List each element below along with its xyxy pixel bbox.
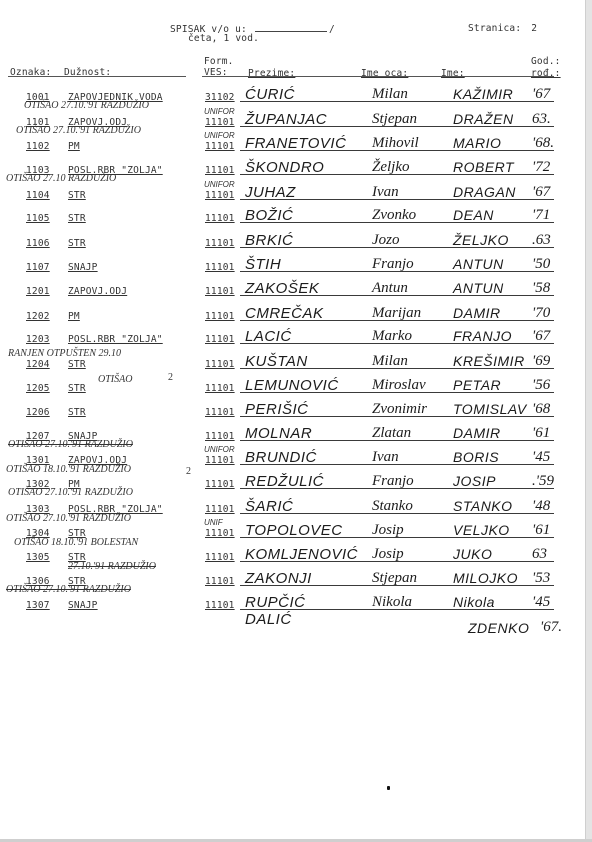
duty: PM (68, 141, 80, 152)
duty: PM (68, 311, 80, 322)
birth-year: '67. (540, 619, 562, 636)
row-line (240, 416, 554, 417)
row-line (240, 585, 554, 586)
given-name: DRAGAN (453, 184, 516, 200)
row-line (240, 174, 554, 175)
ves-code: 11101 (205, 455, 235, 466)
ves-code: 11101 (205, 262, 235, 273)
table-row: 1102PM11101FRANETOVIĆMihovilMARIO'68.UNI… (0, 141, 592, 155)
title-slash: / (329, 24, 335, 35)
annotation: OTIŠAO 27.10.'91 RAZDUŽIO (24, 100, 149, 111)
table-row: 1202PM11101CMREČAKMarijanDAMIR'70 (0, 311, 592, 325)
duty: STR (68, 238, 86, 249)
ink-speck (387, 786, 390, 790)
unit-code: 1203 (26, 334, 50, 345)
row-line (240, 199, 554, 200)
given-name: MARIO (453, 135, 501, 151)
row-line (240, 368, 554, 369)
unit-code: 1201 (26, 286, 50, 297)
col-father: Ime oca: (361, 68, 408, 79)
given-name: DAMIR (453, 425, 501, 441)
ves-code: 11101 (205, 334, 235, 345)
given-name: JOSIP (453, 473, 496, 489)
annotation-mark: 2 (186, 466, 191, 477)
given-name: ŽELJKO (453, 232, 509, 248)
surname: DALIĆ (245, 611, 292, 628)
unit-code: 1104 (26, 190, 50, 201)
unit-code: 1102 (26, 141, 50, 152)
given-name: KREŠIMIR (453, 353, 525, 369)
duty: POSL.RBR "ZOLJA" (68, 334, 163, 345)
row-line (240, 440, 554, 441)
row-line (240, 537, 554, 538)
ves-code: 11101 (205, 383, 235, 394)
annotation: OTIŠAO 27.10.'91 RAZDUŽIO (16, 125, 141, 136)
duty: STR (68, 359, 86, 370)
given-name: DAMIR (453, 305, 501, 321)
row-line (240, 222, 554, 223)
unit-code: 1106 (26, 238, 50, 249)
unit-code: 1107 (26, 262, 50, 273)
row-line (240, 464, 554, 465)
ves-code: 11101 (205, 504, 235, 515)
ves-code: 11101 (205, 479, 235, 490)
row-line (240, 150, 554, 151)
given-name: DEAN (453, 207, 494, 223)
table-row: 1106STR11101BRKIĆJozoŽELJKO.63 (0, 238, 592, 252)
ves-code: 11101 (205, 141, 235, 152)
given-name: ANTUN (453, 256, 504, 272)
ves-code: 11101 (205, 311, 235, 322)
annotation: OTIŠAO 27.10.'91 RAZDUŽIO (6, 513, 131, 524)
table-row: 1104STR11101JUHAZIvanDRAGAN'67UNIFOR (0, 190, 592, 204)
table-row: 1206STR11101PERIŠIĆZvonimirTOMISLAV'68 (0, 407, 592, 421)
row-line (240, 513, 554, 514)
col-year-top: God.: (531, 56, 561, 67)
given-name: TOMISLAV (453, 401, 527, 417)
row-line (240, 320, 554, 321)
annotation-struck: 27.10.'91 RAZDUŽIO (68, 561, 156, 572)
annotation-struck: OTIŠAO 27.10.'91 RAZDUŽIO (8, 439, 133, 450)
col-ves-top: Form. (204, 56, 234, 67)
table-row: 1205STR11101LEMUNOVIĆMiroslavPETAR'56 (0, 383, 592, 397)
header-rule (8, 76, 186, 77)
duty: STR (68, 407, 86, 418)
duty: STR (68, 383, 86, 394)
given-name: VELJKO (453, 522, 510, 538)
annotation: OTIŠAO 27.10 RAZDUŽIO (6, 173, 116, 184)
ves-code: 11101 (205, 286, 235, 297)
ves-annotation: UNIFOR (204, 107, 235, 116)
given-name: Nikola (453, 594, 495, 610)
header-rule (202, 76, 554, 77)
annotation-mark: 2 (168, 372, 173, 383)
ves-code: 11101 (205, 359, 235, 370)
ves-code: 11101 (205, 117, 235, 128)
ves-code: 11101 (205, 213, 235, 224)
ves-code: 11101 (205, 431, 235, 442)
ves-code: 11101 (205, 528, 235, 539)
ves-code: 11101 (205, 190, 235, 201)
table-row: 1204STR11101KUŠTANMilanKREŠIMIR'69 (0, 359, 592, 373)
given-name: FRANJO (453, 328, 512, 344)
row-line (240, 561, 554, 562)
table-row: 1201ZAPOVJ.ODJ11101ZAKOŠEKAntunANTUN'58 (0, 286, 592, 300)
ves-code: 11101 (205, 576, 235, 587)
page-number: 2 (531, 23, 537, 34)
duty: STR (68, 190, 86, 201)
row-line (240, 271, 554, 272)
given-name: ZDENKO (468, 620, 529, 636)
annotation: OTIŠAO 27.10.'91 RAZDUŽIO (8, 487, 133, 498)
annotation: RANJEN OTPUŠTEN 29.10 (8, 348, 121, 359)
ves-code: 11101 (205, 238, 235, 249)
page-label: Stranica: (468, 23, 521, 34)
row-line (240, 101, 554, 102)
table-row: 1203POSL.RBR "ZOLJA"11101LACIĆMarkoFRANJ… (0, 334, 592, 348)
given-name: ROBERT (453, 159, 514, 175)
ves-annotation: UNIF (204, 518, 223, 527)
ves-annotation: UNIFOR (204, 131, 235, 140)
given-name: JUKO (453, 546, 492, 562)
unit-code: 1202 (26, 311, 50, 322)
duty: ZAPOVJ.ODJ (68, 286, 127, 297)
extra-entry: DALIĆ ZDENKO '67. (0, 617, 592, 631)
col-surname: Prezime: (248, 68, 295, 79)
given-name: STANKO (453, 498, 513, 514)
unit-code: 1105 (26, 213, 50, 224)
given-name: MILOJKO (453, 570, 518, 586)
ves-code: 11101 (205, 165, 235, 176)
row-line (240, 392, 554, 393)
col-year: rođ.: (531, 68, 561, 79)
col-given: Ime: (441, 68, 465, 79)
given-name: KAŽIMIR (453, 86, 513, 102)
ves-code: 31102 (205, 92, 235, 103)
given-name: BORIS (453, 449, 499, 465)
unit-code: 1206 (26, 407, 50, 418)
row-line (240, 488, 554, 489)
ves-annotation: UNIFOR (204, 180, 235, 189)
duty: SNAJP (68, 600, 98, 611)
row-line (240, 343, 554, 344)
row-line (240, 126, 554, 127)
row-line (240, 247, 554, 248)
unit-code: 1205 (26, 383, 50, 394)
title-blank-field (255, 22, 327, 32)
ves-annotation: UNIFOR (204, 445, 235, 454)
document-subtitle: četa, 1 vod. (188, 33, 259, 44)
ves-code: 11101 (205, 600, 235, 611)
ves-code: 11101 (205, 552, 235, 563)
given-name: PETAR (453, 377, 501, 393)
table-row: 1307SNAJP11101RUPČIĆNikolaNikola'45 (0, 600, 592, 614)
table-row: 1105STR11101BOŽIĆZvonkoDEAN'71 (0, 213, 592, 227)
duty: STR (68, 213, 86, 224)
unit-code: 1204 (26, 359, 50, 370)
unit-code: 1307 (26, 600, 50, 611)
annotation: OTIŠAO 18.10.'91 RAZDUŽIO (6, 464, 131, 475)
given-name: DRAŽEN (453, 111, 514, 127)
unit-code: 1305 (26, 552, 50, 563)
annotation: OTIŠAO 18.10.'91 BOLESTAN (14, 537, 138, 548)
annotation-struck: OTIŠAO 27.10.'91 RAZDUŽIO (6, 584, 131, 595)
annotation: OTIŠAO (98, 374, 132, 385)
ves-code: 11101 (205, 407, 235, 418)
given-name: ANTUN (453, 280, 504, 296)
table-row: 1107SNAJP11101ŠTIHFranjoANTUN'50 (0, 262, 592, 276)
page-indicator: Stranica:2 (468, 23, 537, 34)
row-line (240, 295, 554, 296)
duty: SNAJP (68, 262, 98, 273)
row-line (240, 609, 554, 610)
